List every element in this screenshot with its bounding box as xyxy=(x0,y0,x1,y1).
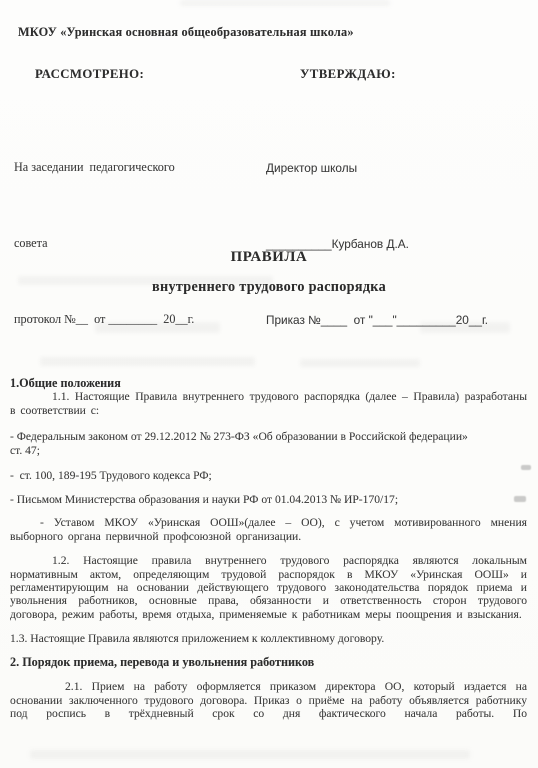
scan-smudge xyxy=(180,0,390,6)
paragraph-2-1: 2.1. Прием на работу оформляется приказо… xyxy=(10,680,527,720)
section-1-heading: 1.Общие положения xyxy=(10,377,527,390)
list-item-labor-code: - ст. 100, 189-195 Трудового кодекса РФ; xyxy=(10,469,527,482)
bleedthrough-smudge xyxy=(30,750,470,759)
list-item-charter: - Уставом МКОУ «Уринская ООШ»(далее – ОО… xyxy=(10,516,527,543)
reviewed-heading: РАССМОТРЕНО: xyxy=(35,67,144,82)
reviewed-line: протокол №__ от ________ 20__г. xyxy=(14,307,264,332)
document-subtitle: внутреннего трудового распорядка xyxy=(0,279,538,296)
paragraph-1-2: 1.2. Настоящие правила внутреннего трудо… xyxy=(10,554,527,621)
approved-heading: УТВЕРЖДАЮ: xyxy=(300,67,396,82)
approved-block: Директор школы __________Курбанов Д.А. П… xyxy=(266,105,528,384)
approved-line: Директор школы xyxy=(266,156,528,181)
list-item-federal-law: - Федеральным законом от 29.12.2012 № 27… xyxy=(10,430,527,457)
reviewed-line: На заседании педагогического xyxy=(14,155,264,180)
document-body: 1.Общие положения 1.1. Настоящие Правила… xyxy=(10,377,527,721)
reviewed-block: На заседании педагогического совета прот… xyxy=(14,104,264,383)
paragraph-1-3: 1.3. Настоящие Правила являются приложен… xyxy=(10,632,527,645)
paragraph-1-1: 1.1. Настоящие Правила внутреннего трудо… xyxy=(10,390,527,417)
list-item-ministry-letter: - Письмом Министерства образования и нау… xyxy=(10,493,527,506)
organization-title: МКОУ «Уринская основная общеобразователь… xyxy=(18,25,354,40)
approved-line-order: Приказ №____ от "___"_________20__г. xyxy=(266,308,528,333)
document-title: ПРАВИЛА xyxy=(0,249,538,266)
section-2-heading: 2. Порядок приема, перевода и увольнения… xyxy=(10,656,527,669)
scanned-document-page: МКОУ «Уринская основная общеобразователь… xyxy=(0,0,538,768)
